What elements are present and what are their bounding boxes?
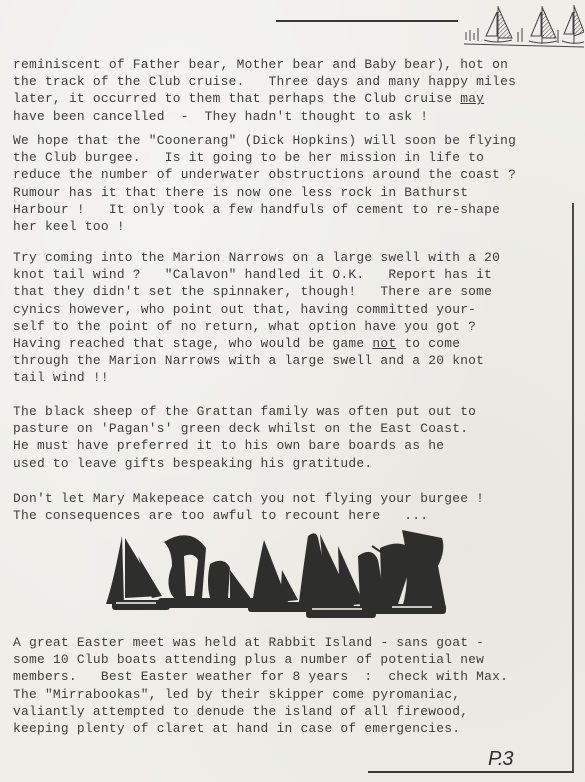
text-line: The consequences are too awful to recoun… — [13, 508, 428, 523]
text-line: Don't let Mary Makepeace catch you not f… — [13, 491, 484, 506]
text-line: later, it occurred to them that perhaps … — [13, 91, 460, 106]
underlined-word: may — [460, 91, 484, 106]
paragraph-coonerang: We hope that the "Coonerang" (Dick Hopki… — [13, 132, 573, 235]
text-line: valiantly attempted to denude the island… — [13, 704, 468, 719]
text-line: the Club burgee. Is it going to be her m… — [13, 150, 484, 165]
text-line: knot tail wind ? "Calavon" handled it O.… — [13, 267, 492, 282]
footer-rule — [368, 771, 573, 773]
text-fragment: to come — [396, 336, 460, 351]
sailboats-sketch-icon — [462, 2, 584, 52]
text-line: Try coming into the Marion Narrows on a … — [13, 250, 500, 265]
text-line: reminiscent of Father bear, Mother bear … — [13, 57, 508, 72]
text-line: some 10 Club boats attending plus a numb… — [13, 652, 484, 667]
text-line: A great Easter meet was held at Rabbit I… — [13, 635, 484, 650]
paragraph-marion-narrows: Try coming into the Marion Narrows on a … — [13, 249, 573, 387]
page-number: P.3 — [488, 748, 512, 771]
text-line: self to the point of no return, what opt… — [13, 319, 476, 334]
sailing-fleet-silhouette-icon — [102, 526, 447, 621]
paragraph-burgee: Don't let Mary Makepeace catch you not f… — [13, 490, 573, 524]
paragraph-bear-cruise: reminiscent of Father bear, Mother bear … — [13, 56, 573, 125]
text-line: Having reached that stage, who would be … — [13, 336, 372, 351]
text-line: The black sheep of the Grattan family wa… — [13, 404, 476, 419]
text-line: The "Mirrabookas", led by their skipper … — [13, 687, 460, 702]
text-line: He must have preferred it to his own bar… — [13, 438, 444, 453]
text-line: through the Marion Narrows with a large … — [13, 353, 484, 368]
text-line: reduce the number of underwater obstruct… — [13, 167, 516, 182]
underlined-word: not — [372, 336, 396, 351]
text-line: Rumour has it that there is now one less… — [13, 185, 468, 200]
text-line: tail wind !! — [13, 370, 109, 385]
paragraph-easter-meet: A great Easter meet was held at Rabbit I… — [13, 634, 573, 737]
text-line: that they didn't set the spinnaker, thou… — [13, 284, 492, 299]
text-line: members. Best Easter weather for 8 years… — [13, 669, 508, 684]
newsletter-page: reminiscent of Father bear, Mother bear … — [0, 0, 585, 782]
text-line: the track of the Club cruise. Three days… — [13, 74, 516, 89]
paragraph-black-sheep: The black sheep of the Grattan family wa… — [13, 403, 573, 472]
header-rule — [276, 20, 458, 22]
text-line: We hope that the "Coonerang" (Dick Hopki… — [13, 133, 516, 148]
text-line: keeping plenty of claret at hand in case… — [13, 721, 460, 736]
text-line: used to leave gifts bespeaking his grati… — [13, 456, 372, 471]
text-line: Harbour ! It only took a few handfuls of… — [13, 202, 500, 217]
text-line: pasture on 'Pagan's' green deck whilst o… — [13, 421, 468, 436]
text-line: her keel too ! — [13, 219, 125, 234]
text-line: have been cancelled - They hadn't though… — [13, 109, 428, 124]
text-line: cynics however, who point out that, havi… — [13, 302, 476, 317]
